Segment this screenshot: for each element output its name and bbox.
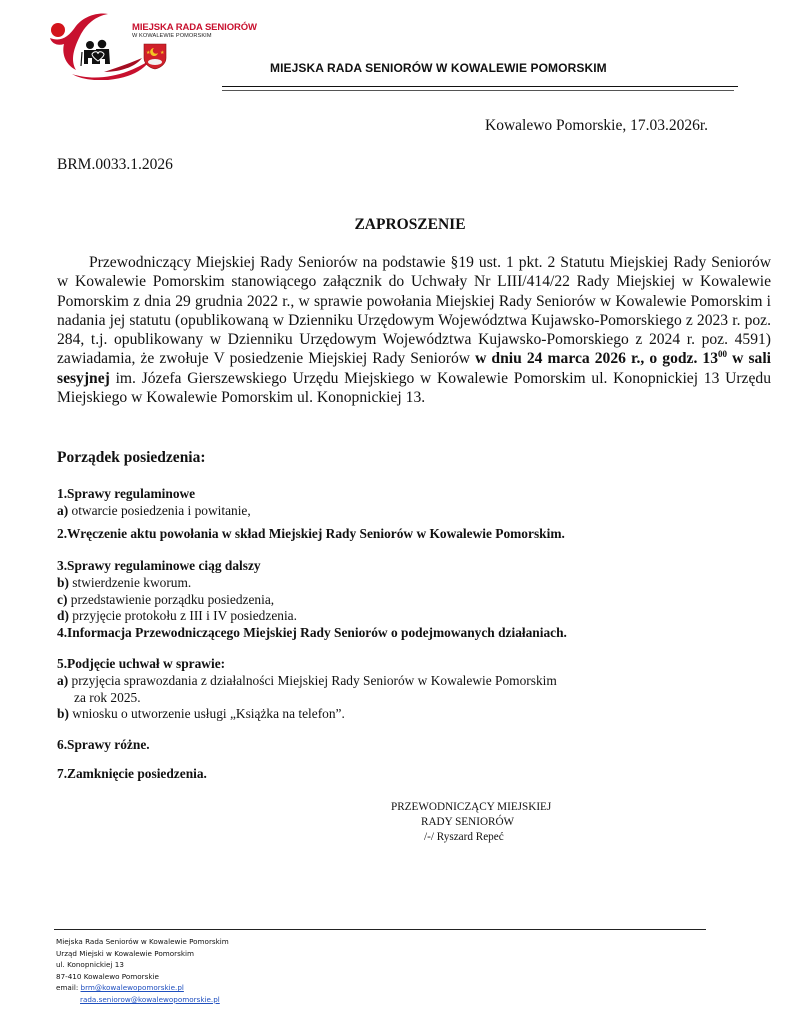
logo-subtitle: W KOWALEWIE POMORSKIM [132, 33, 212, 39]
footer-email-line: email: brm@kowalewopomorskie.pl [56, 982, 229, 994]
logo-title: MIEJSKA RADA SENIORÓW [132, 22, 257, 33]
signature-title-line2: RADY SENIORÓW [421, 815, 514, 830]
subitem-text: stwierdzenie kworum. [69, 575, 191, 590]
footer-divider [54, 929, 706, 930]
agenda-item-2: 2.Wręczenie aktu powołania w skład Miejs… [57, 526, 565, 543]
agenda-item-5: 5.Podjęcie uchwał w sprawie: a) przyjęci… [57, 656, 557, 723]
footer-office: Urząd Miejski w Kowalewie Pomorskim [56, 948, 229, 960]
agenda-item-heading: 2.Wręczenie aktu powołania w skład Miejs… [57, 526, 565, 543]
place-and-date: Kowalewo Pomorskie, 17.03.2026r. [485, 117, 708, 135]
footer-contact: Miejska Rada Seniorów w Kowalewie Pomors… [56, 936, 229, 1006]
agenda-subitem: b) stwierdzenie kworum. [57, 575, 567, 592]
subitem-letter: a) [57, 673, 68, 688]
subitem-letter: b) [57, 575, 69, 590]
reference-number: BRM.0033.1.2026 [57, 156, 173, 174]
footer-email-line-2: rada.seniorow@kowalewopomorskie.pl [56, 994, 229, 1006]
agenda-subitem: a) przyjęcia sprawozdania z działalności… [57, 673, 557, 690]
footer-street: ul. Konopnickiej 13 [56, 959, 229, 971]
agenda-subitem: d) przyjęcie protokołu z III i IV posied… [57, 608, 567, 625]
agenda-item-heading: 7.Zamknięcie posiedzenia. [57, 766, 207, 783]
subitem-text: otwarcie posiedzenia i powitanie, [68, 503, 251, 518]
meeting-date-text: w dniu 24 marca 2026 r., o godz. 13 [475, 350, 718, 367]
agenda-item-4-heading: 4.Informacja Przewodniczącego Miejskiej … [57, 625, 567, 642]
agenda-item-heading: 6.Sprawy różne. [57, 737, 150, 754]
document-title: ZAPROSZENIE [0, 216, 800, 234]
agenda-subitem: a) otwarcie posiedzenia i powitanie, [57, 503, 251, 520]
footer-org-name: Miejska Rada Seniorów w Kowalewie Pomors… [56, 936, 229, 948]
subitem-text: przedstawienie porządku posiedzenia, [67, 592, 274, 607]
agenda-item-heading: 5.Podjęcie uchwał w sprawie: [57, 656, 557, 673]
agenda-item-heading: 1.Sprawy regulaminowe [57, 486, 251, 503]
subitem-letter: c) [57, 592, 67, 607]
subitem-text: przyjęcia sprawozdania z działalności Mi… [68, 673, 557, 688]
agenda-subitem: c) przedstawienie porządku posiedzenia, [57, 592, 567, 609]
letterhead-divider [222, 86, 738, 87]
invitation-paragraph: Przewodniczący Miejskiej Rady Seniorów n… [57, 253, 771, 407]
paragraph-text-part2: im. Józefa Gierszewskiego Urzędu Miejski… [57, 370, 771, 406]
subitem-text: wniosku o utworzenie usługi „Książka na … [69, 706, 345, 721]
svg-text:★: ★ [146, 50, 151, 56]
organization-logo: ★ ★ MIEJSKA RADA SENIORÓW W KOWALEWIE PO… [46, 8, 196, 80]
agenda-item-heading: 3.Sprawy regulaminowe ciąg dalszy [57, 558, 567, 575]
svg-text:★: ★ [160, 50, 165, 56]
meeting-time-minutes: 00 [718, 349, 727, 359]
email-link-brm[interactable]: brm@kowalewopomorskie.pl [81, 983, 184, 992]
signature-name: /-/ Ryszard Repeć [424, 830, 504, 845]
senior-council-emblem-icon: ★ ★ [46, 8, 196, 80]
agenda-item-1: 1.Sprawy regulaminowe a) otwarcie posied… [57, 486, 251, 520]
subitem-letter: a) [57, 503, 68, 518]
subitem-continuation: za rok 2025. [57, 690, 557, 707]
agenda-title: Porządek posiedzenia: [57, 449, 206, 467]
footer-postal: 87-410 Kowalewo Pomorskie [56, 971, 229, 983]
subitem-letter: b) [57, 706, 69, 721]
agenda-item-6: 6.Sprawy różne. [57, 737, 150, 754]
letterhead-title: MIEJSKA RADA SENIORÓW W KOWALEWIE POMORS… [270, 61, 607, 75]
subitem-text: przyjęcie protokołu z III i IV posiedzen… [69, 608, 297, 623]
agenda-item-3: 3.Sprawy regulaminowe ciąg dalszy b) stw… [57, 558, 567, 642]
agenda-item-7: 7.Zamknięcie posiedzenia. [57, 766, 207, 783]
email-label: email: [56, 983, 81, 992]
subitem-letter: d) [57, 608, 69, 623]
agenda-subitem: b) wniosku o utworzenie usługi „Książka … [57, 706, 557, 723]
signature-title-line1: PRZEWODNICZĄCY MIEJSKIEJ [391, 800, 551, 815]
email-link-rada-seniorow[interactable]: rada.seniorow@kowalewopomorskie.pl [80, 995, 220, 1004]
letterhead-divider-secondary [222, 90, 734, 91]
